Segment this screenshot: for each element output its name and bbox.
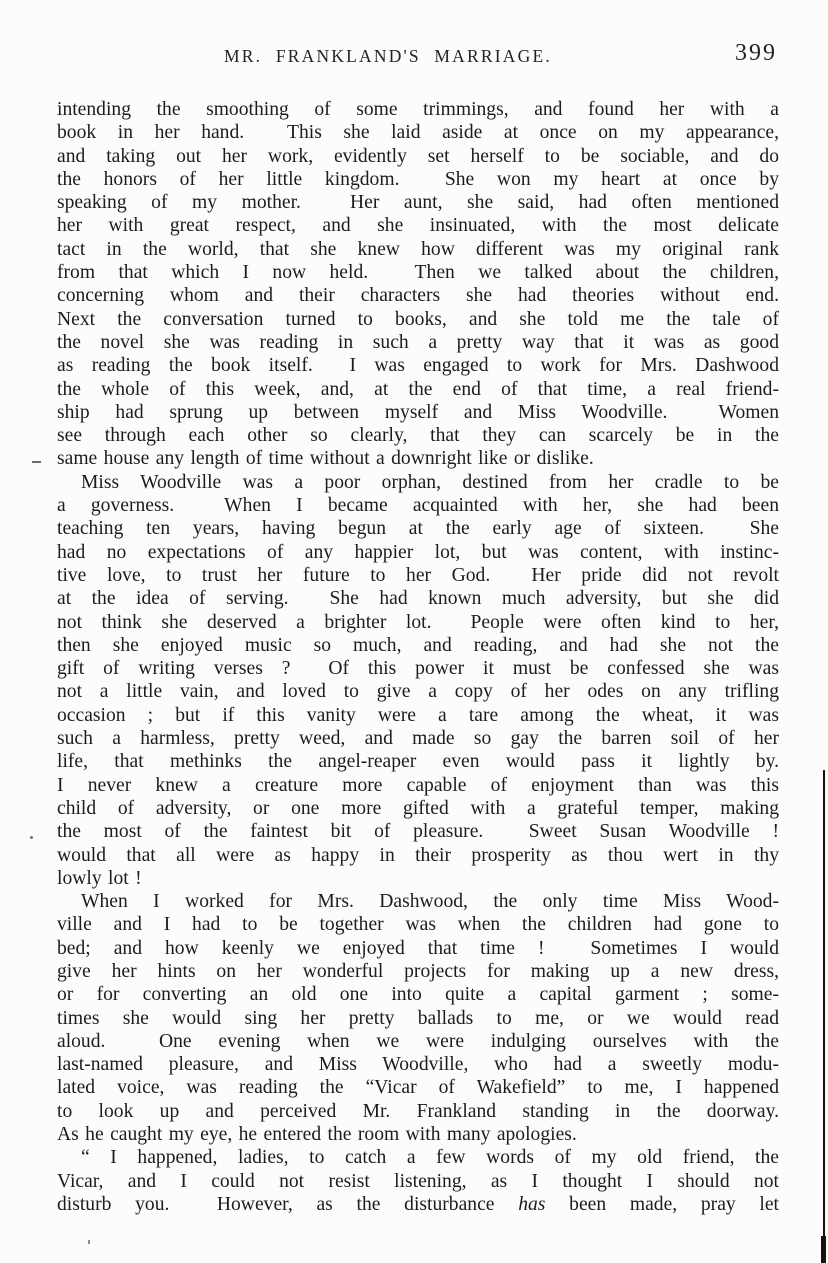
text-line: concerning whom and their characters she… bbox=[57, 284, 779, 307]
scan-edge-line bbox=[823, 770, 825, 1263]
text-line: I never knew a creature more capable of … bbox=[57, 774, 779, 797]
text-line: intending the smoothing of some trimming… bbox=[57, 98, 779, 121]
text-line: bed; and how keenly we enjoyed that time… bbox=[57, 937, 779, 960]
margin-dot-artifact bbox=[30, 836, 33, 839]
text-line: not a little vain, and loved to give a c… bbox=[57, 680, 779, 703]
text-line: same house any length of time without a … bbox=[57, 447, 779, 470]
page-header-title: MR. FRANKLAND'S MARRIAGE. bbox=[57, 46, 719, 67]
text-line: disturb you. However, as the disturbance… bbox=[57, 1193, 779, 1216]
text-line: book in her hand. This she laid aside at… bbox=[57, 121, 779, 144]
text-line: or for converting an old one into quite … bbox=[57, 983, 779, 1006]
text-line: the most of the faintest bit of pleasure… bbox=[57, 820, 779, 843]
text-line: aloud. One evening when we were indulgin… bbox=[57, 1030, 779, 1053]
text-line: not think she deserved a brighter lot. P… bbox=[57, 611, 779, 634]
text-line: times she would sing her pretty ballads … bbox=[57, 1007, 779, 1030]
text-line: lated voice, was reading the “Vicar of W… bbox=[57, 1076, 779, 1099]
text-line: last-named pleasure, and Miss Woodville,… bbox=[57, 1053, 779, 1076]
text-line: lowly lot ! bbox=[57, 867, 779, 890]
scan-edge-line-bottom bbox=[821, 1236, 826, 1263]
running-header: MR. FRANKLAND'S MARRIAGE. 399 bbox=[57, 46, 779, 76]
text-line: “ I happened, ladies, to catch a few wor… bbox=[57, 1146, 779, 1169]
text-line: then she enjoyed music so much, and read… bbox=[57, 634, 779, 657]
text-line: her with great respect, and she insinuat… bbox=[57, 214, 779, 237]
body-text: intending the smoothing of some trimming… bbox=[57, 98, 779, 1216]
text-line: Vicar, and I could not resist listening,… bbox=[57, 1170, 779, 1193]
page-number: 399 bbox=[735, 40, 777, 67]
text-line: gift of writing verses ? Of this power i… bbox=[57, 657, 779, 680]
text-line: occasion ; but if this vanity were a tar… bbox=[57, 704, 779, 727]
text-line: the whole of this week, and, at the end … bbox=[57, 378, 779, 401]
text-line: would that all were as happy in their pr… bbox=[57, 844, 779, 867]
book-page: MR. FRANKLAND'S MARRIAGE. 399 intending … bbox=[0, 0, 828, 1263]
text-line: as reading the book itself. I was engage… bbox=[57, 354, 779, 377]
text-line: ship had sprung up between myself and Mi… bbox=[57, 401, 779, 424]
text-line: and taking out her work, evidently set h… bbox=[57, 145, 779, 168]
text-line: at the idea of serving. She had known mu… bbox=[57, 587, 779, 610]
text-line: tive love, to trust her future to her Go… bbox=[57, 564, 779, 587]
text-line: see through each other so clearly, that … bbox=[57, 424, 779, 447]
text-line: a governess. When I became acquainted wi… bbox=[57, 494, 779, 517]
text-line: speaking of my mother. Her aunt, she sai… bbox=[57, 191, 779, 214]
text-line: teaching ten years, having begun at the … bbox=[57, 517, 779, 540]
text-line: life, that methinks the angel-reaper eve… bbox=[57, 750, 779, 773]
text-line: the novel she was reading in such a pret… bbox=[57, 331, 779, 354]
text-line: As he caught my eye, he entered the room… bbox=[57, 1123, 779, 1146]
text-line: Miss Woodville was a poor orphan, destin… bbox=[57, 471, 779, 494]
text-line: Next the conversation turned to books, a… bbox=[57, 308, 779, 331]
margin-dash-artifact bbox=[32, 461, 41, 463]
text-line: had no expectations of any happier lot, … bbox=[57, 541, 779, 564]
text-line: ville and I had to be together was when … bbox=[57, 913, 779, 936]
text-line: give her hints on her wonderful projects… bbox=[57, 960, 779, 983]
text-line: to look up and perceived Mr. Frankland s… bbox=[57, 1100, 779, 1123]
text-line: such a harmless, pretty weed, and made s… bbox=[57, 727, 779, 750]
text-line: When I worked for Mrs. Dashwood, the onl… bbox=[57, 890, 779, 913]
text-line: child of adversity, or one more gifted w… bbox=[57, 797, 779, 820]
text-line: the honors of her little kingdom. She wo… bbox=[57, 168, 779, 191]
margin-dot-bottom-artifact bbox=[88, 1240, 90, 1244]
text-line: tact in the world, that she knew how dif… bbox=[57, 238, 779, 261]
text-line: from that which I now held. Then we talk… bbox=[57, 261, 779, 284]
